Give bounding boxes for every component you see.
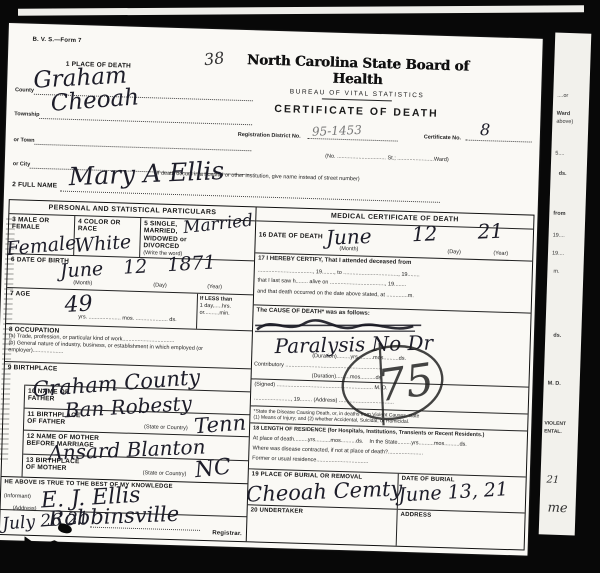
cert-no-dotted-line bbox=[466, 140, 532, 143]
age-less-cell: If LESS than 1 day,.....hrs. or.........… bbox=[196, 294, 253, 331]
father-birthplace-handwriting: Tenn bbox=[193, 413, 246, 438]
cert-no-value-handwriting: 8 bbox=[480, 122, 491, 138]
age-units: yrs. ..................... mos. ........… bbox=[78, 314, 177, 324]
burial-date-handwriting: June 13, 21 bbox=[398, 480, 509, 505]
edge-fragment: 19.... bbox=[552, 233, 564, 239]
medical-column: MEDICAL CERTIFICATE OF DEATH 16 DATE OF … bbox=[247, 207, 534, 549]
top-page-sliver bbox=[18, 5, 584, 15]
svg-text:75: 75 bbox=[374, 354, 437, 413]
certificate-title: CERTIFICATE OF DEATH bbox=[228, 102, 484, 122]
mother-name-handwriting: Ansard Blanton bbox=[48, 437, 206, 463]
full-name-value-handwriting: Mary A Ellis bbox=[68, 158, 224, 189]
mother-birthplace-handwriting: NC bbox=[194, 456, 232, 482]
form-number: B. V. S.—Form 7 bbox=[32, 37, 81, 45]
death-date-label: 16 DATE OF DEATH bbox=[259, 232, 323, 241]
edge-fragment: from bbox=[553, 211, 565, 217]
death-day-note: (Day) bbox=[447, 249, 461, 256]
edge-fragment: M. D. bbox=[548, 380, 561, 386]
residence-at-place: At place of death.........yrs..........m… bbox=[253, 435, 364, 445]
certify-block: 17 I HEREBY CERTIFY, That I attended dec… bbox=[254, 253, 532, 313]
death-month-note: (Month) bbox=[339, 246, 358, 253]
town-dotted-line bbox=[34, 136, 251, 151]
edge-fragment: ds. bbox=[559, 171, 567, 177]
scanned-death-certificate: { "form_meta": { "form_no": "B. V. S.—Fo… bbox=[0, 0, 600, 573]
edge-fragment: VIOLENT bbox=[544, 420, 566, 427]
birth-month-note: (Month) bbox=[73, 280, 92, 287]
full-name-label: 2 FULL NAME bbox=[12, 181, 57, 190]
registrar-label: Registrar. bbox=[212, 530, 242, 538]
certificate-paper: B. V. S.—Form 7 1 PLACE OF DEATH 38 Coun… bbox=[0, 23, 543, 556]
cert-no-label: Certificate No. bbox=[424, 134, 461, 142]
board-title: North Carolina State Board of Health bbox=[229, 52, 486, 92]
burial-place-handwriting: Cheoah Cemty bbox=[246, 478, 403, 505]
edge-fragment: m. bbox=[553, 269, 559, 275]
informant-label: (Informant) bbox=[4, 493, 31, 501]
marital-value-handwriting: Married bbox=[182, 212, 254, 237]
edge-fragment: ds. bbox=[553, 333, 561, 339]
town-label: or Town bbox=[13, 137, 34, 144]
title-rule bbox=[322, 98, 392, 101]
undertaker-address-label: ADDRESS bbox=[400, 512, 521, 522]
edge-fragment: 19.... bbox=[552, 251, 564, 257]
title-block: North Carolina State Board of Health BUR… bbox=[228, 52, 486, 122]
ward-note: (No. ................................ St… bbox=[325, 153, 449, 164]
city-label: or City bbox=[13, 161, 31, 168]
full-name-dotted-line bbox=[60, 191, 440, 203]
township-value-handwriting: Cheoah bbox=[50, 86, 140, 116]
age-less-note-3: or..........min. bbox=[199, 310, 250, 318]
town-line: or Town bbox=[13, 135, 251, 151]
death-date-handwriting: June 12 21 bbox=[326, 221, 504, 248]
color-value-handwriting: White bbox=[74, 233, 132, 256]
undertaker-row: 20 UNDERTAKER ADDRESS bbox=[247, 505, 525, 549]
mother-birthplace-note: (State or Country) bbox=[143, 470, 187, 478]
edge-fragment-handwriting: 21 bbox=[546, 474, 559, 485]
birth-day-note: (Day) bbox=[153, 282, 167, 289]
township-line: Township bbox=[14, 109, 252, 125]
right-page-sliver: ....or Ward above) 5.... ds. from 19....… bbox=[539, 33, 592, 536]
county-label: County bbox=[15, 87, 34, 94]
birth-year-note: (Year) bbox=[207, 284, 222, 291]
undertaker-label: 20 UNDERTAKER bbox=[251, 507, 394, 518]
district-number-handwriting: 38 bbox=[203, 50, 225, 68]
death-year-note: (Year) bbox=[493, 250, 508, 257]
township-label: Township bbox=[14, 111, 39, 119]
reg-district-dotted-line bbox=[308, 138, 398, 142]
personal-column: PERSONAL AND STATISTICAL PARTICULARS 3 M… bbox=[0, 200, 257, 541]
sex-label: 3 MALE OR FEMALE bbox=[12, 216, 71, 233]
edge-fragment: above) bbox=[556, 119, 573, 126]
edge-fragment: Ward bbox=[557, 111, 571, 117]
residence-in-state: In the State.........yrs..........mos...… bbox=[369, 439, 467, 449]
reg-district-label: Registration District No. bbox=[238, 132, 301, 141]
circled-75-stamp: 75 bbox=[332, 332, 453, 433]
reg-district-value-handwriting: 95-1453 bbox=[312, 124, 362, 138]
father-birthplace-note: (State or Country) bbox=[144, 424, 188, 432]
edge-fragment: ENTAL. bbox=[544, 428, 562, 435]
edge-fragment-handwriting: me bbox=[547, 501, 568, 517]
form-grid: PERSONAL AND STATISTICAL PARTICULARS 3 M… bbox=[0, 199, 535, 550]
residence-block: 18 LENGTH OF RESIDENCE (for Hospitals, I… bbox=[249, 423, 527, 477]
edge-fragment: ....or bbox=[557, 93, 568, 99]
edge-fragment: 5.... bbox=[555, 151, 564, 157]
